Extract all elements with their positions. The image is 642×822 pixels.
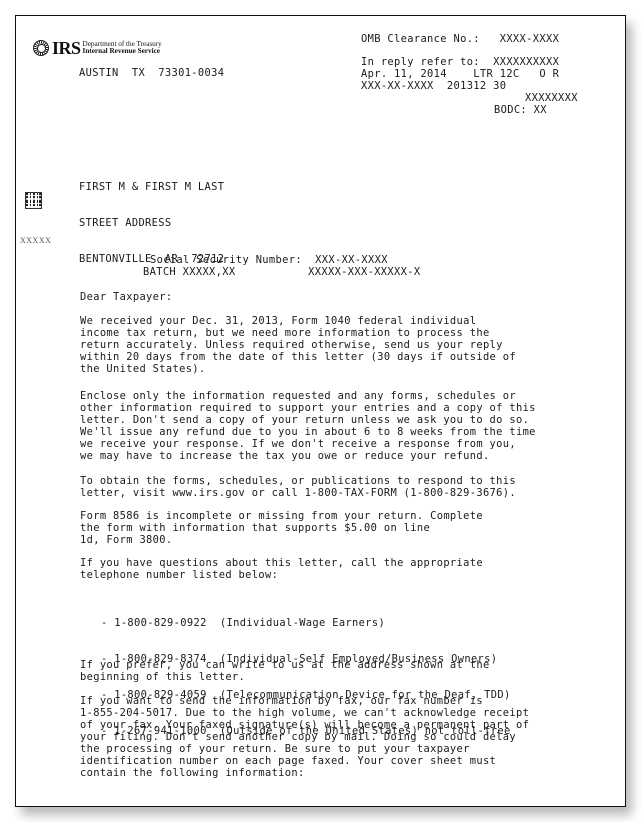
irs-logo: IRS Department of the Treasury Internal …: [33, 39, 162, 57]
return-address: AUSTIN TX 73301-0034: [79, 67, 224, 79]
reply-reference: In reply refer to: XXXXXXXXXX: [361, 56, 559, 68]
paragraph-received: We received your Dec. 31, 2013, Form 104…: [80, 315, 516, 375]
irs-department-text: Department of the Treasury Internal Reve…: [83, 41, 162, 56]
phone-item: - 1-800-829-0922 (Individual-Wage Earner…: [101, 617, 511, 629]
ssn-period-line: XXX-XX-XXXX 201312 30: [361, 80, 506, 92]
dept-line-2: Internal Revenue Service: [83, 47, 160, 55]
side-code: XXXXX: [20, 236, 51, 245]
paragraph-write-to-us: If you prefer, you can write to us at th…: [80, 659, 490, 683]
phone-number[interactable]: - 1-800-829-0922: [101, 617, 207, 629]
paragraph-enclose: Enclose only the information requested a…: [80, 390, 536, 462]
code-line: XXXXXXXX: [525, 92, 578, 104]
salutation: Dear Taxpayer:: [80, 291, 172, 303]
omb-clearance: OMB Clearance No.: XXXX-XXXX: [361, 33, 559, 45]
ssn-reference: Social Security Number: XXX-XX-XXXX: [150, 254, 388, 266]
letter-date-line: Apr. 11, 2014 LTR 12C O R: [361, 68, 559, 80]
letter-page: IRS Department of the Treasury Internal …: [15, 15, 626, 807]
bodc-code: BODC: XX: [494, 104, 547, 116]
irs-eagle-seal-icon: [33, 40, 49, 56]
2d-barcode-icon: [26, 193, 41, 208]
phone-desc: (Individual-Wage Earners): [220, 617, 385, 629]
paragraph-fax: If you want to send the information by f…: [80, 695, 529, 779]
paragraph-obtain-forms: To obtain the forms, schedules, or publi…: [80, 475, 516, 499]
batch-reference: BATCH XXXXX,XX XXXXX-XXX-XXXXX-X: [143, 266, 420, 278]
irs-wordmark: IRS: [52, 39, 81, 57]
recipient-name: FIRST M & FIRST M LAST: [79, 181, 224, 193]
paragraph-form-8586: Form 8586 is incomplete or missing from …: [80, 510, 483, 546]
recipient-street: STREET ADDRESS: [79, 217, 224, 229]
paragraph-questions: If you have questions about this letter,…: [80, 557, 483, 581]
